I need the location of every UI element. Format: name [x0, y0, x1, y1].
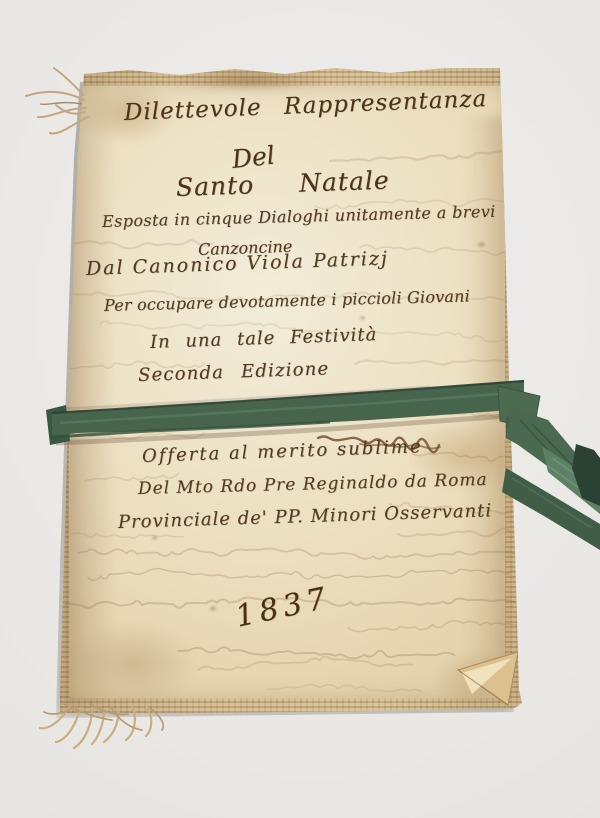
photograph-of-manuscript: Dilettevole Rappresentanza Del Santo Nat…: [0, 0, 600, 818]
binding-threads-bottom: [0, 0, 600, 818]
